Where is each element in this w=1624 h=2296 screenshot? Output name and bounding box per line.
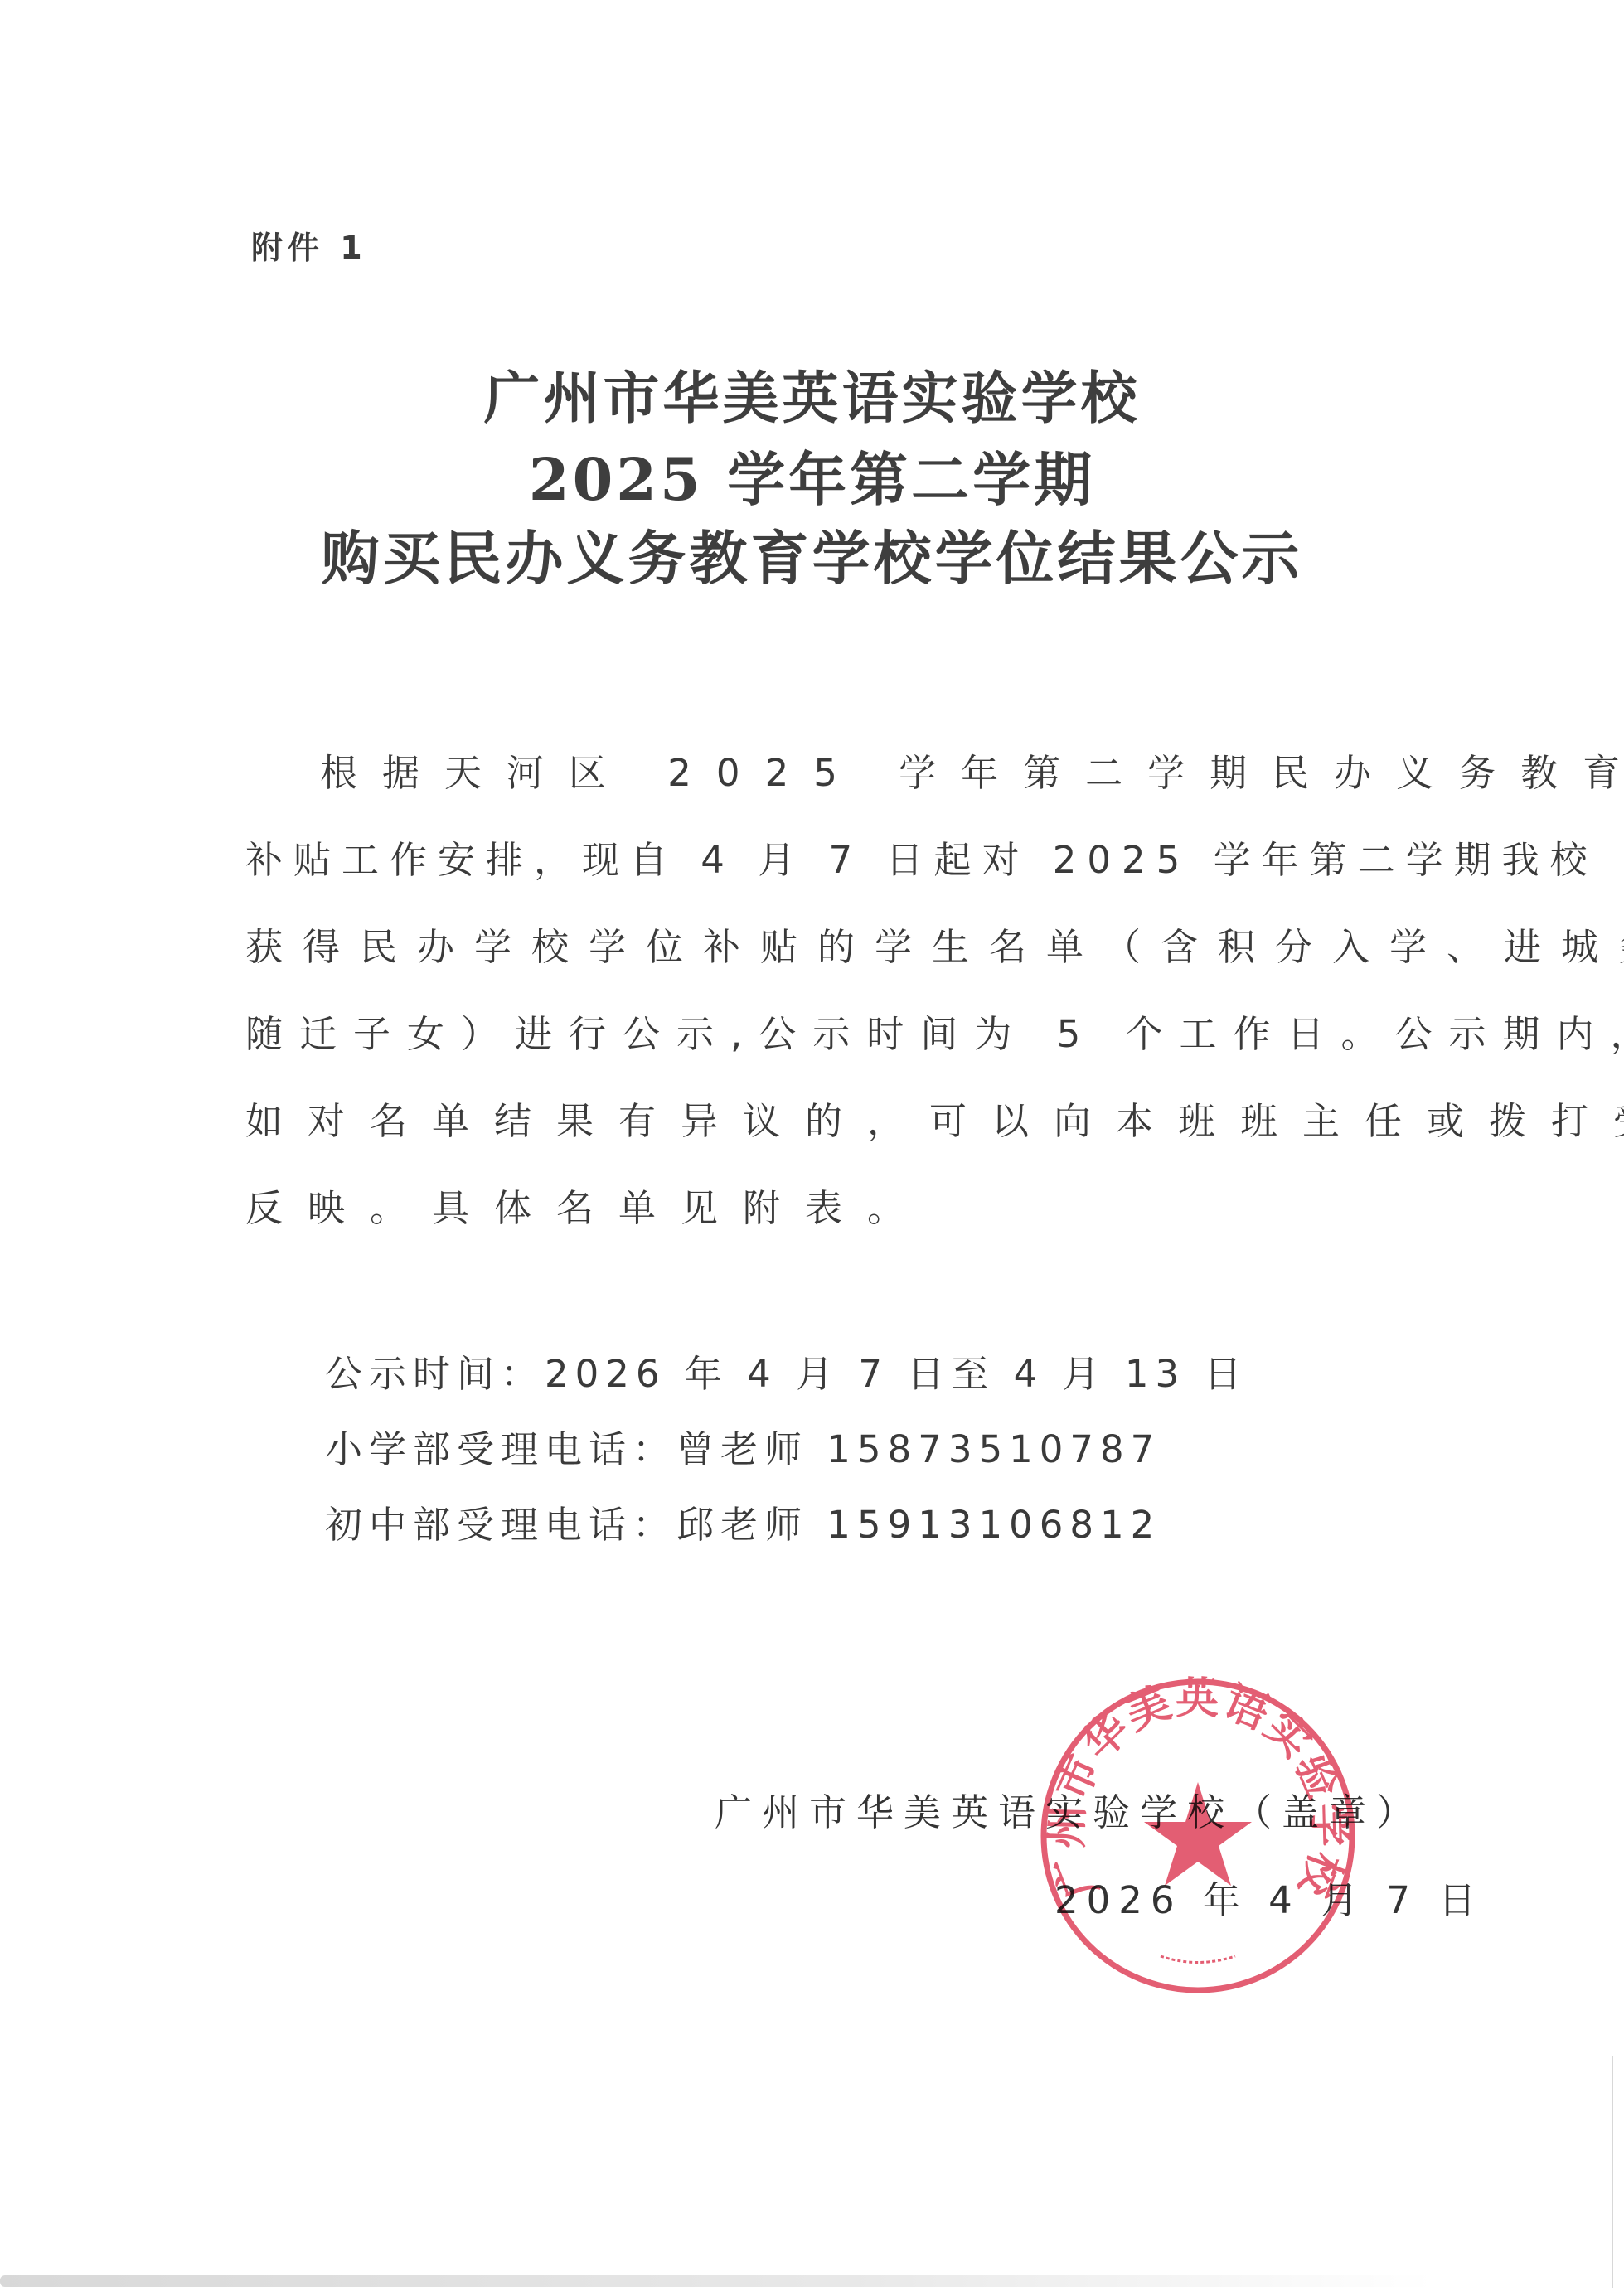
middle-school-hotline: 初中部受理电话：邱老师 15913106812 [325, 1487, 1248, 1562]
primary-school-hotline: 小学部受理电话：曾老师 15873510787 [325, 1412, 1248, 1487]
title-school-name: 广州市华美英语实验学校 [0, 358, 1624, 439]
attachment-label: 附件 1 [251, 222, 367, 268]
publicity-period: 公示时间：2026 年 4 月 7 日至 4 月 13 日 [325, 1336, 1248, 1412]
scan-shadow-artifact [0, 2275, 1434, 2287]
contact-info: 公示时间：2026 年 4 月 7 日至 4 月 13 日 小学部受理电话：曾老… [325, 1336, 1248, 1562]
body-paragraph: 根据天河区 2025 学年第二学期民办义务教育学校学位 补贴工作安排，现自 4 … [245, 729, 1383, 1252]
body-line: 获得民办学校学位补贴的学生名单（含积分入学、进城务工 [245, 903, 1383, 991]
body-line: 随迁子女）进行公示,公示时间为 5 个工作日。公示期内， [245, 991, 1383, 1078]
title-subject: 购买民办义务教育学校学位结果公示 [0, 521, 1624, 597]
document-title: 广州市华美英语实验学校 2025 学年第二学期 购买民办义务教育学校学位结果公示 [0, 358, 1624, 597]
title-term: 2025 学年第二学期 [0, 439, 1624, 521]
body-line: 补贴工作安排，现自 4 月 7 日起对 2025 学年第二学期我校 [245, 816, 1383, 903]
scan-edge-artifact [1612, 2056, 1613, 2288]
document-page: 附件 1 广州市华美英语实验学校 2025 学年第二学期 购买民办义务教育学校学… [0, 0, 1624, 2296]
body-line: 根据天河区 2025 学年第二学期民办义务教育学校学位 [245, 729, 1383, 816]
body-line: 反映。具体名单见附表。 [245, 1165, 1383, 1252]
official-seal-icon: 广州市华美英语实验学校 [1036, 1674, 1360, 1998]
body-line: 如对名单结果有异议的，可以向本班班主任或拨打受理电话 [245, 1078, 1383, 1165]
